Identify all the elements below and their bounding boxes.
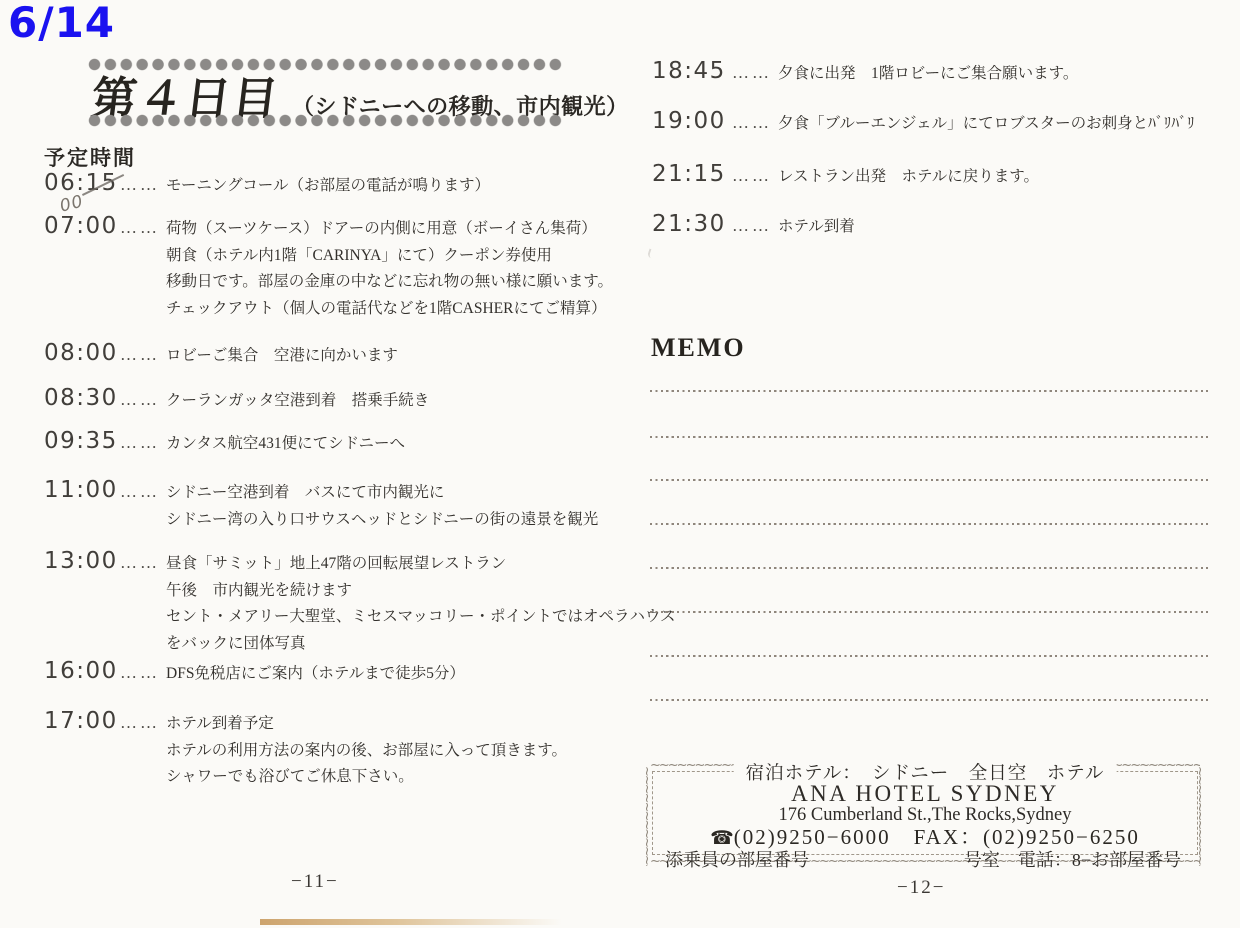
- schedule-text-line: モーニングコール（お部屋の電話が鳴ります）: [166, 173, 490, 200]
- hotel-info-box: ~~~~~~~~~~~~~~~~~~~~~~~~~~~~~~~~~~~~~~~~…: [652, 771, 1198, 855]
- time-label: 08:30: [44, 385, 118, 411]
- schedule-text-line: ホテル到着: [778, 214, 855, 241]
- schedule-text-line: 昼食「サミット」地上47階の回転展望レストラン: [166, 551, 676, 578]
- date-annotation: 6/14: [8, 0, 115, 47]
- schedule-text-line: 移動日です。部屋の金庫の中などに忘れ物の無い様に願います。: [166, 269, 613, 296]
- wavy-border-left: ~~~~~~~~~~~~~~~~~~: [642, 766, 650, 866]
- memo-ruled-line: [650, 655, 1208, 657]
- dotted-leader: ……: [120, 482, 160, 502]
- schedule-text-line: チェックアウト（個人の電話代などを1階CASHERにてご精算）: [166, 296, 613, 323]
- memo-ruled-line: [650, 611, 1208, 613]
- tour-leader-room-note: 添乗員の部屋番号: [665, 850, 809, 870]
- time-label: 18:45: [652, 58, 730, 84]
- memo-title: MEMO: [651, 333, 746, 363]
- schedule-item: 07:00 …… 荷物（スーツケース）ドアーの内側に用意（ボーイさん集荷） 朝食…: [44, 213, 613, 322]
- schedule-item: 17:00 …… ホテル到着予定 ホテルの利用方法の案内の後、お部屋に入って頂き…: [44, 708, 567, 791]
- memo-ruled-line: [650, 567, 1208, 569]
- time-label: 06:15 00: [44, 170, 118, 196]
- time-label: 21:15: [652, 161, 730, 187]
- dotted-leader: ……: [732, 63, 772, 83]
- time-label: 09:35: [44, 428, 118, 454]
- time-label: 17:00: [44, 708, 118, 734]
- schedule-item: 13:00 …… 昼食「サミット」地上47階の回転展望レストラン 午後 市内観光…: [44, 548, 676, 657]
- schedule-item: 21:15 …… レストラン出発 ホテルに戻ります。: [652, 161, 1039, 191]
- schedule-text-line: クーランガッタ空港到着 搭乗手続き: [166, 388, 429, 415]
- time-label: 07:00: [44, 213, 118, 239]
- scan-edge-artifact: [260, 919, 562, 925]
- time-label: 21:30: [652, 211, 730, 237]
- memo-ruled-line: [650, 436, 1208, 438]
- section-title: 予定時間: [44, 142, 136, 172]
- dotted-leader: ……: [732, 166, 772, 186]
- page-number-left: −11−: [291, 871, 339, 893]
- hotel-box-label: 宿泊ホテル： シドニー 全日空 ホテル: [734, 759, 1117, 785]
- schedule-text-line: 夕食に出発 1階ロビーにご集合願います。: [778, 61, 1078, 88]
- phone-fax-numbers: (02)9250−6000 FAX：(02)9250−6250: [734, 825, 1140, 849]
- schedule-item: 21:30 …… ホテル到着: [652, 211, 855, 241]
- hotel-name: ANA HOTEL SYDNEY: [653, 782, 1197, 805]
- schedule-text-line: 朝食（ホテル内1階「CARINYA」にて）クーポン券使用: [166, 243, 613, 270]
- schedule-text-line: 荷物（スーツケース）ドアーの内側に用意（ボーイさん集荷）: [166, 216, 613, 243]
- dotted-leader: ……: [732, 216, 772, 236]
- dotted-leader: ……: [120, 175, 160, 195]
- schedule-text-line: DFS免税店にご案内（ホテルまで徒歩5分）: [166, 661, 465, 688]
- dots-ornament-bottom: [88, 114, 564, 127]
- schedule-text-line: カンタス航空431便にてシドニーへ: [166, 431, 405, 458]
- memo-ruled-line: [650, 523, 1208, 525]
- memo-ruled-line: [650, 390, 1208, 392]
- dotted-leader: ……: [120, 433, 160, 453]
- schedule-text-line: ロビーご集合 空港に向かいます: [166, 343, 398, 370]
- time-label: 13:00: [44, 548, 118, 574]
- dotted-leader: ……: [120, 663, 160, 683]
- schedule-item: 08:00 …… ロビーご集合 空港に向かいます: [44, 340, 398, 370]
- schedule-text-line: レストラン出発 ホテルに戻ります。: [778, 164, 1039, 191]
- time-label: 08:00: [44, 340, 118, 366]
- schedule-item: 08:30 …… クーランガッタ空港到着 搭乗手続き: [44, 385, 429, 415]
- telephone-icon: ☎: [710, 827, 734, 849]
- scan-artifact-mark: [647, 248, 655, 258]
- schedule-text-line: ホテルの利用方法の案内の後、お部屋に入って頂きます。: [166, 738, 567, 765]
- schedule-text-line: 午後 市内観光を続けます: [166, 578, 676, 605]
- schedule-text-line: ホテル到着予定: [166, 711, 567, 738]
- schedule-item: 11:00 …… シドニー空港到着 バスにて市内観光に シドニー湾の入り口サウス…: [44, 477, 598, 533]
- dotted-leader: ……: [120, 713, 160, 733]
- schedule-text-line: 夕食「ブルーエンジェル」にてロブスターのお刺身とﾊﾞﾘﾊﾞﾘ: [778, 111, 1195, 138]
- dotted-leader: ……: [120, 345, 160, 365]
- schedule-text-line: シドニー空港到着 バスにて市内観光に: [166, 480, 598, 507]
- schedule-text-line: シャワーでも浴びてご休息下さい。: [166, 764, 567, 791]
- schedule-text-line: セント・メアリー大聖堂、ミセスマッコリー・ポイントではオペラハウス: [166, 604, 676, 631]
- schedule-item: 19:00 …… 夕食「ブルーエンジェル」にてロブスターのお刺身とﾊﾞﾘﾊﾞﾘ: [652, 108, 1195, 138]
- schedule-item: 09:35 …… カンタス航空431便にてシドニーへ: [44, 428, 405, 458]
- time-label: 11:00: [44, 477, 118, 503]
- dotted-leader: ……: [120, 553, 160, 573]
- dotted-leader: ……: [732, 113, 772, 133]
- room-phone-note: 号室 電話：8−お部屋番号: [964, 850, 1181, 870]
- memo-ruled-line: [650, 699, 1208, 701]
- schedule-item: 16:00 …… DFS免税店にご案内（ホテルまで徒歩5分）: [44, 658, 465, 688]
- schedule-text-line: シドニー湾の入り口サウスヘッドとシドニーの街の遠景を観光: [166, 507, 598, 534]
- schedule-item: 06:15 00 …… モーニングコール（お部屋の電話が鳴ります）: [44, 170, 490, 200]
- time-label: 16:00: [44, 658, 118, 684]
- hotel-phone-line: ☎(02)9250−6000 FAX：(02)9250−6250: [653, 826, 1197, 850]
- schedule-item: 18:45 …… 夕食に出発 1階ロビーにご集合願います。: [652, 58, 1078, 88]
- dotted-leader: ……: [120, 390, 160, 410]
- memo-ruled-line: [650, 479, 1208, 481]
- hotel-address: 176 Cumberland St.,The Rocks,Sydney: [653, 805, 1197, 826]
- schedule-text-line: をバックに団体写真: [166, 631, 676, 658]
- page-number-right: −12−: [897, 877, 945, 899]
- time-label: 19:00: [652, 108, 730, 134]
- dotted-leader: ……: [120, 218, 160, 238]
